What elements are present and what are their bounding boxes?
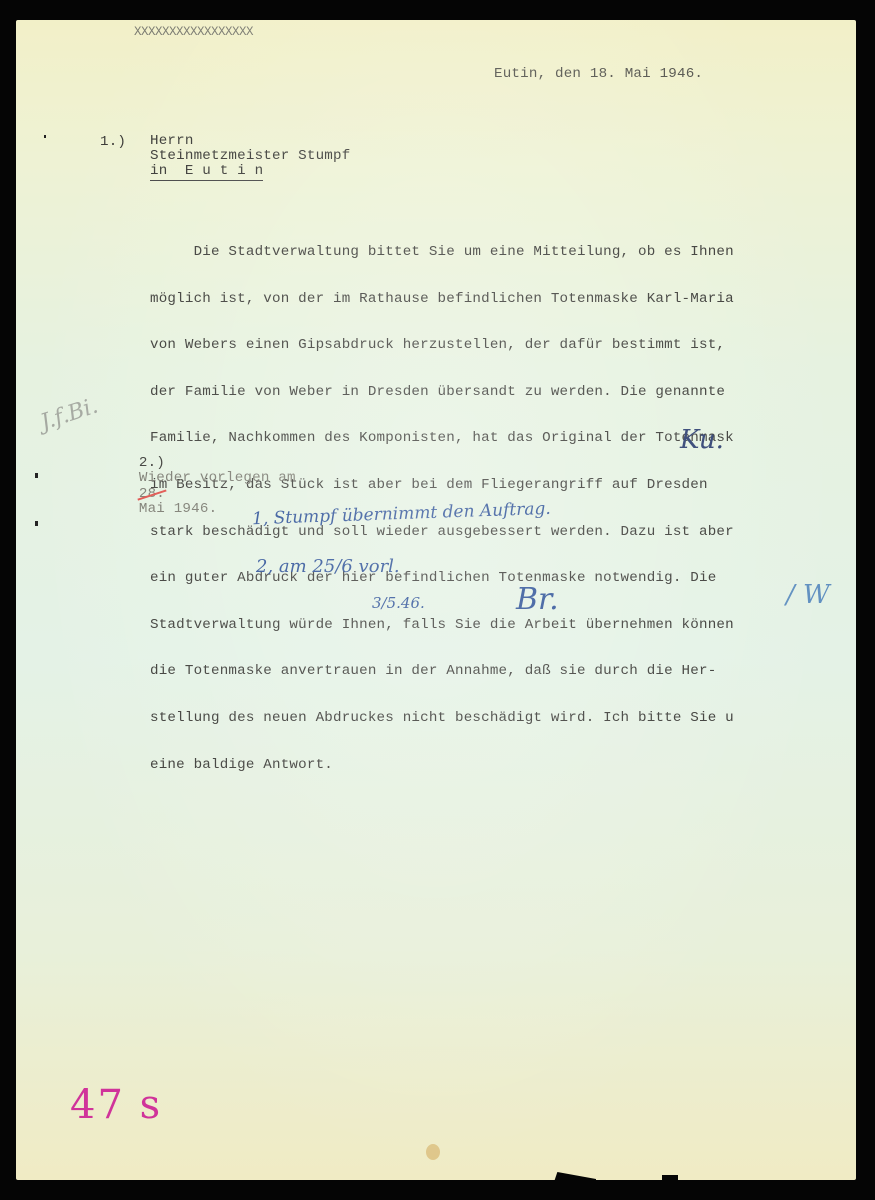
signature-right: Ku. [680, 425, 724, 455]
punch-mark [44, 135, 46, 138]
handwritten-date: 3/5.46. [372, 594, 425, 612]
punch-mark [35, 473, 38, 478]
handwritten-signature: Br. [516, 582, 559, 617]
paper-tear [554, 1172, 596, 1182]
paper-stain [426, 1144, 440, 1160]
body-line: Die Stadtverwaltung bittet Sie um eine M… [150, 245, 840, 261]
body-line: möglich ist, von der im Rathause befindl… [150, 292, 840, 308]
body-line: eine baldige Antwort. [150, 758, 840, 774]
body-line: die Totenmaske anvertrauen in der Annahm… [150, 664, 840, 680]
margin-initials: J.f.Bi. [38, 394, 102, 436]
item2-struck-day: 28. [139, 487, 165, 503]
document-page: XXXXXXXXXXXXXXXXX Eutin, den 18. Mai 194… [16, 20, 856, 1180]
header-xs: XXXXXXXXXXXXXXXXX [134, 25, 253, 41]
body-line: von Webers einen Gipsabdruck herzustelle… [150, 338, 840, 354]
paper-tear [662, 1175, 678, 1182]
body-line: ein guter Abdruck der hier befindlichen … [150, 571, 840, 587]
handwritten-note-2: 2, am 25/6 vorl. [256, 556, 400, 577]
archive-number: 47 s [70, 1082, 162, 1128]
punch-mark [35, 521, 38, 526]
item2-number: 2.) [139, 455, 165, 471]
item2-text-after: Mai 1946. [139, 501, 217, 517]
item2-text-before: Wieder vorlegen am [139, 470, 296, 486]
item1-number: 1.) [100, 135, 126, 151]
recipient-location: in E u t i n [150, 163, 263, 181]
body-line: Stadtverwaltung würde Ihnen, falls Sie d… [150, 618, 840, 634]
place-date: Eutin, den 18. Mai 1946. [494, 67, 703, 83]
body-line: stellung des neuen Abdruckes nicht besch… [150, 711, 840, 727]
right-margin-mark: / W [786, 580, 830, 610]
body-line: der Familie von Weber in Dresden übersan… [150, 385, 840, 401]
